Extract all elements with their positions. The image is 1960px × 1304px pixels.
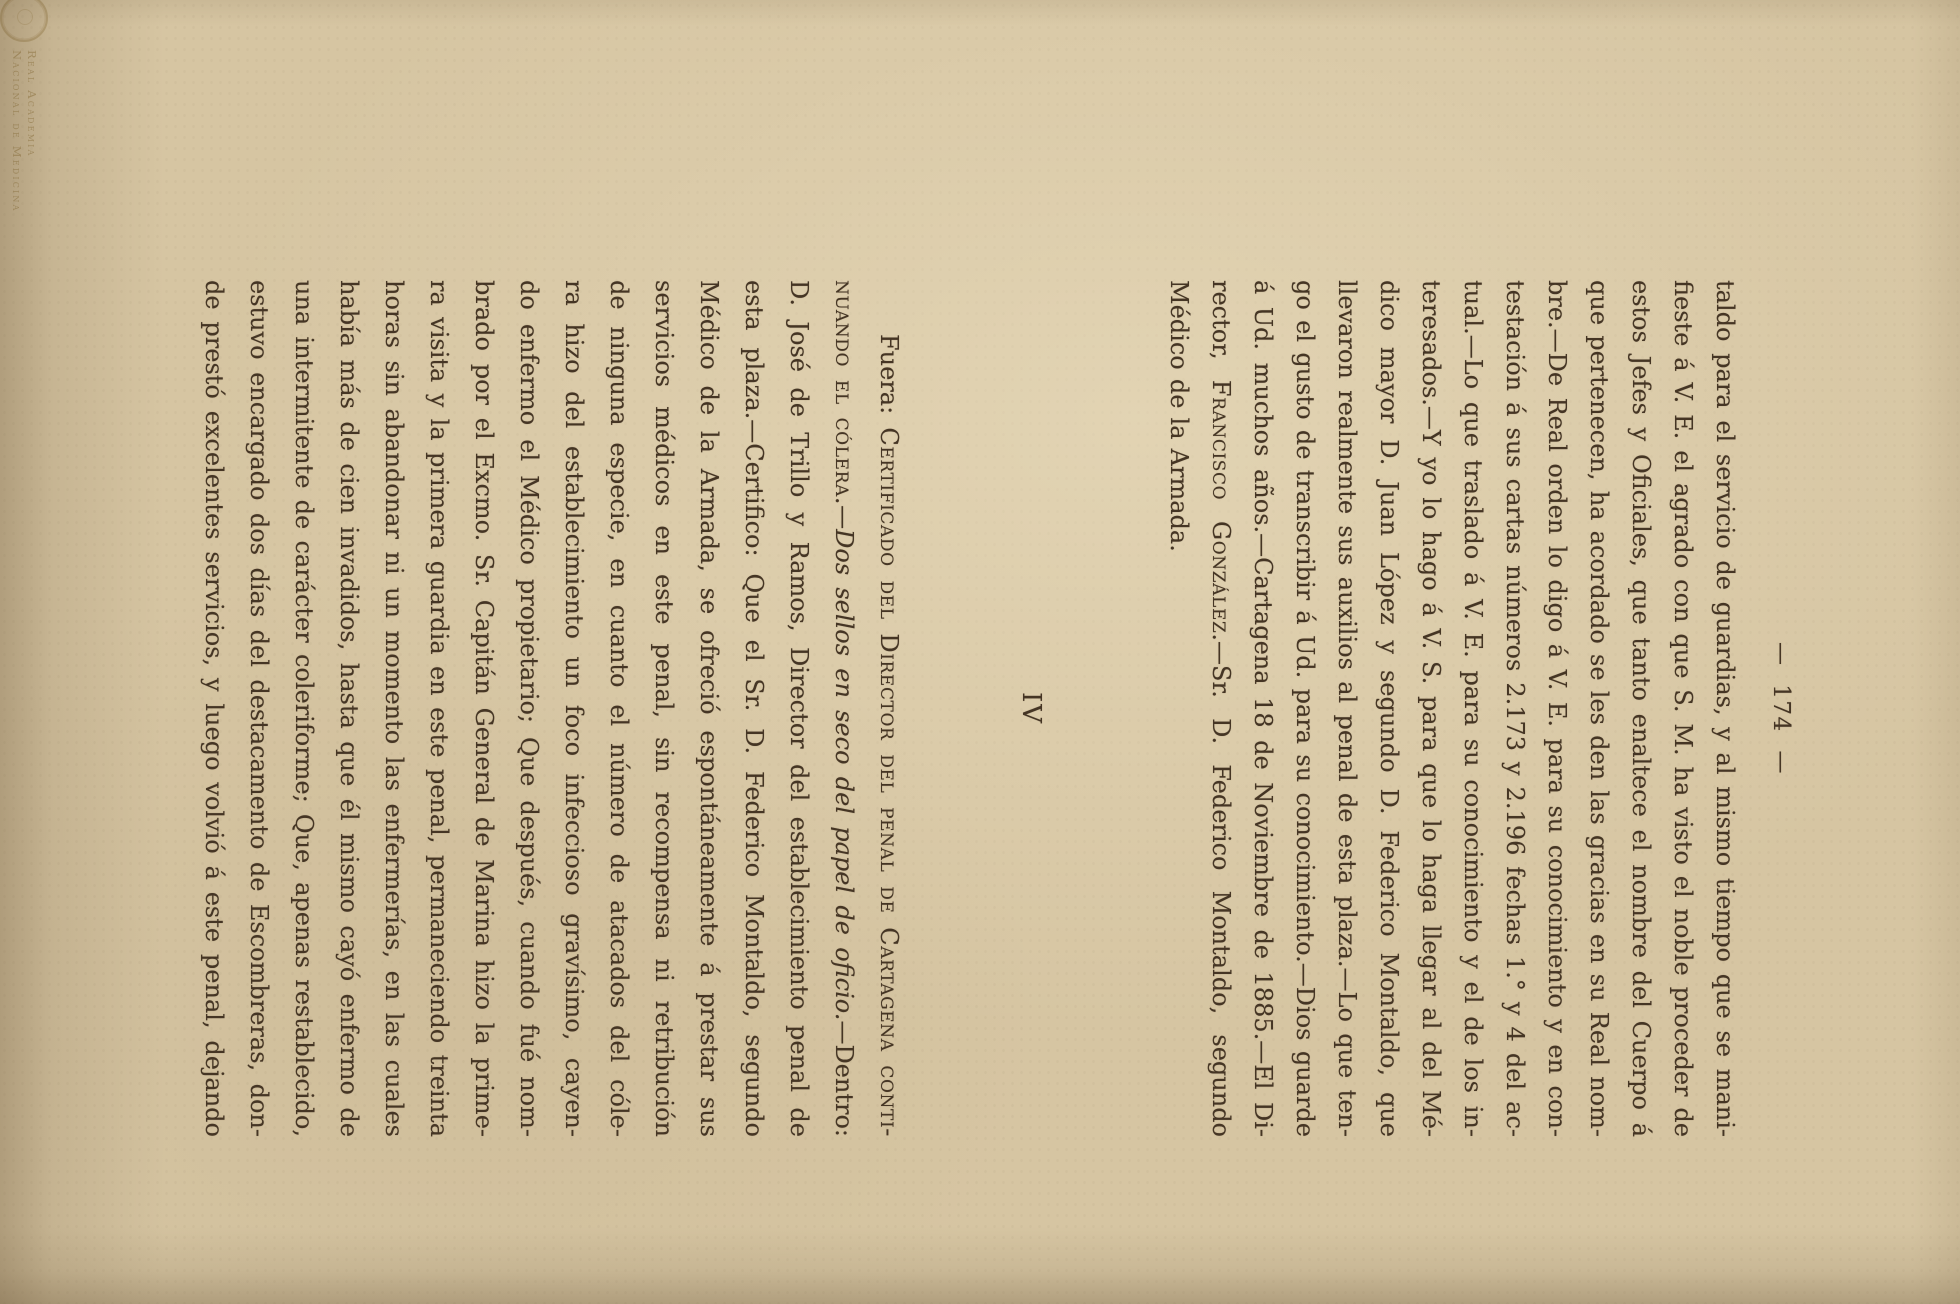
text-line: fieste á V. E. el agrado con que S. M. h… — [1662, 280, 1704, 1137]
text-segment: — — [830, 505, 858, 529]
text-segment: taldo para el servicio de guardias, y al… — [1711, 280, 1739, 1137]
stamp-line1: Real Academia — [24, 50, 39, 213]
text-line: de prestó excelentes servicios, y luego … — [191, 280, 236, 1137]
text-line: de ninguna especie, en cuanto el número … — [596, 280, 641, 1137]
text-segment: á Ud. muchos años.—Cartagena 18 de Novie… — [1249, 280, 1277, 1137]
stamp-emblem-icon — [0, 0, 48, 42]
text-segment: D. José de Trillo y Ramos, Director del … — [785, 280, 813, 1137]
text-segment: Certificado del Director del penal de Ca… — [875, 427, 903, 1137]
text-line: testación á sus cartas números 2.173 y 2… — [1494, 280, 1536, 1137]
text-segment: estuvo encargado dos días del destacamen… — [245, 280, 273, 1137]
text-segment: tual.—Lo que traslado á V. E. para su co… — [1459, 280, 1487, 1137]
text-segment: ra visita y la primera guardia en este p… — [425, 280, 453, 1137]
text-segment: go el gusto de transcribir á Ud. para su… — [1291, 280, 1319, 1137]
text-segment: estos Jefes y Oficiales, que tanto enalt… — [1627, 280, 1655, 1137]
text-line: ra visita y la primera guardia en este p… — [416, 280, 461, 1137]
text-segment: brado por el Excmo. Sr. Capitán General … — [470, 280, 498, 1137]
text-segment: .—Sr. D. Federico Montaldo, segundo — [1207, 633, 1235, 1137]
text-line: esta plaza.—Certifico: Que el Sr. D. Fed… — [731, 280, 776, 1137]
text-segment: testación á sus cartas números 2.173 y 2… — [1501, 280, 1529, 1137]
text-line: nuando el cólera.—Dos sellos en seco del… — [821, 280, 866, 1137]
text-segment: nuando el cólera. — [830, 280, 858, 505]
stamp-text: Real Academia Nacional de Medicina — [9, 50, 39, 213]
text-segment: Médico de la Armada, se ofreció espontán… — [695, 280, 723, 1137]
text-line: rector, Francisco González.—Sr. D. Feder… — [1200, 280, 1242, 1137]
text-line: servicios médicos en este penal, sin rec… — [641, 280, 686, 1137]
text-segment: Francisco González — [1207, 380, 1235, 634]
text-segment: teresados.—Y yo lo hago á V. S. para que… — [1417, 280, 1445, 1137]
page-number: — 174 — — [1764, 280, 1798, 1137]
text-line: estuvo encargado dos días del destacamen… — [236, 280, 281, 1137]
text-line: teresados.—Y yo lo hago á V. S. para que… — [1410, 280, 1452, 1137]
text-line: D. José de Trillo y Ramos, Director del … — [776, 280, 821, 1137]
text-segment: Fuera: — [875, 334, 903, 427]
text-line: ra hizo del establecimiento un foco infe… — [551, 280, 596, 1137]
text-segment: llevaron realmente sus auxilios al penal… — [1333, 280, 1361, 1137]
paragraph-royal-order: taldo para el servicio de guardias, y al… — [1158, 280, 1746, 1137]
text-segment: —Dentro: — [830, 1020, 858, 1137]
text-line: Médico de la Armada. — [1158, 280, 1200, 1137]
book-page: — 174 — taldo para el servicio de guardi… — [0, 0, 1960, 1304]
section-heading-iv: IV — [1014, 280, 1048, 1137]
text-segment: servicios médicos en este penal, sin rec… — [650, 280, 678, 1137]
text-line: dico mayor D. Juan López y segundo D. Fe… — [1368, 280, 1410, 1137]
text-segment: dico mayor D. Juan López y segundo D. Fe… — [1375, 280, 1403, 1137]
text-line: estos Jefes y Oficiales, que tanto enalt… — [1620, 280, 1662, 1137]
text-line: había más de cien invadidos, hasta que é… — [326, 280, 371, 1137]
text-segment: do enfermo el Médico propietario; Que de… — [515, 280, 543, 1137]
text-line: Fuera: Certificado del Director del pena… — [866, 280, 911, 1137]
text-segment: Médico de la Armada. — [1165, 280, 1193, 552]
text-line: Médico de la Armada, se ofreció espontán… — [686, 280, 731, 1137]
text-segment: esta plaza.—Certifico: Que el Sr. D. Fed… — [740, 280, 768, 1137]
text-segment: que pertenecen, ha acordado se les den l… — [1585, 280, 1613, 1137]
stamp-line2: Nacional de Medicina — [9, 50, 24, 213]
paragraph-certificate: Fuera: Certificado del Director del pena… — [191, 280, 911, 1137]
text-line: bre.—De Real orden lo digo á V. E. para … — [1536, 280, 1578, 1137]
library-stamp: Real Academia Nacional de Medicina — [0, 0, 48, 213]
text-segment: rector, — [1207, 280, 1235, 380]
text-line: tual.—Lo que traslado á V. E. para su co… — [1452, 280, 1494, 1137]
text-segment: una intermitente de carácter coleriforme… — [290, 280, 318, 1137]
text-line: do enfermo el Médico propietario; Que de… — [506, 280, 551, 1137]
text-segment: había más de cien invadidos, hasta que é… — [335, 280, 363, 1137]
text-line: taldo para el servicio de guardias, y al… — [1704, 280, 1746, 1137]
scanned-book-page: — 174 — taldo para el servicio de guardi… — [0, 0, 1960, 1304]
text-segment: Dos sellos en seco del papel de oficio. — [830, 529, 858, 1020]
text-segment: ra hizo del establecimiento un foco infe… — [560, 280, 588, 1137]
text-block: taldo para el servicio de guardias, y al… — [191, 280, 1746, 1137]
text-line: á Ud. muchos años.—Cartagena 18 de Novie… — [1242, 280, 1284, 1137]
text-segment: bre.—De Real orden lo digo á V. E. para … — [1543, 280, 1571, 1137]
text-line: brado por el Excmo. Sr. Capitán General … — [461, 280, 506, 1137]
text-line: llevaron realmente sus auxilios al penal… — [1326, 280, 1368, 1137]
text-line: horas sin abandonar ni un momento las en… — [371, 280, 416, 1137]
text-segment: de ninguna especie, en cuanto el número … — [605, 280, 633, 1137]
text-segment: de prestó excelentes servicios, y luego … — [200, 280, 228, 1137]
text-line: go el gusto de transcribir á Ud. para su… — [1284, 280, 1326, 1137]
text-segment: horas sin abandonar ni un momento las en… — [380, 280, 408, 1137]
text-line: una intermitente de carácter coleriforme… — [281, 280, 326, 1137]
text-segment: fieste á V. E. el agrado con que S. M. h… — [1669, 280, 1697, 1137]
text-line: que pertenecen, ha acordado se les den l… — [1578, 280, 1620, 1137]
